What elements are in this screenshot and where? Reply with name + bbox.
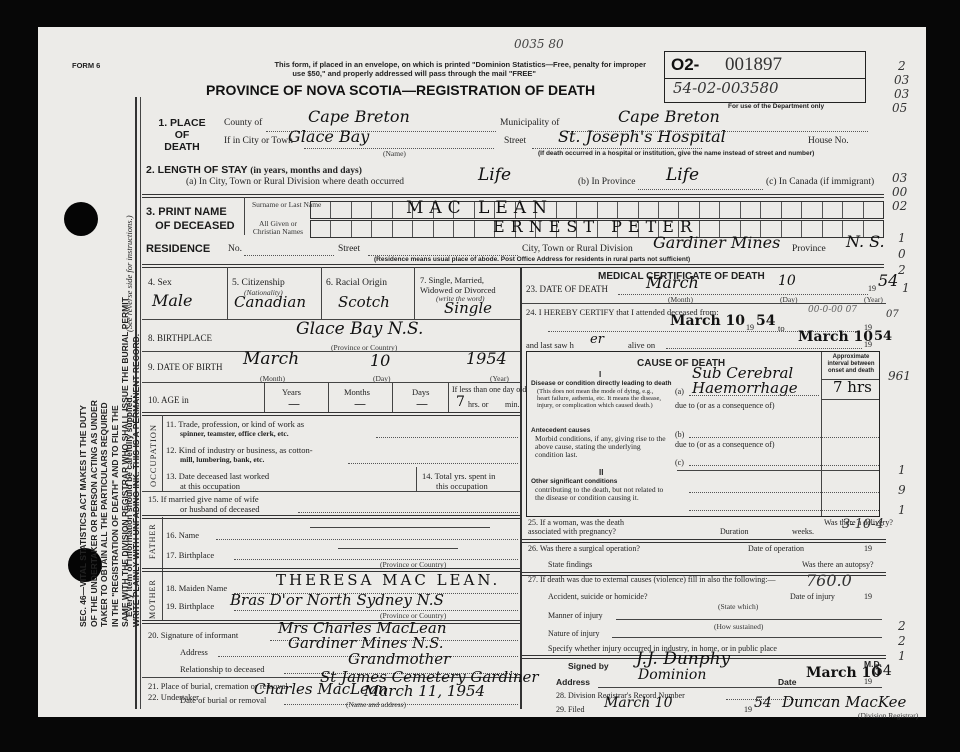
dept-code: 54-02-003580 <box>673 79 779 97</box>
other-conditions-note: contributing to the death, but not relat… <box>535 486 671 502</box>
cause-c-label: (c) <box>675 458 684 467</box>
street-label: Street <box>504 136 526 146</box>
dob-label: 9. DATE OF BIRTH <box>148 362 222 372</box>
marital-value: Single <box>444 299 492 317</box>
state-findings-label: State findings <box>548 560 592 569</box>
mother-section-label: MOTHER <box>148 579 157 619</box>
mailing-notice-2: use $50," and properly addressed will pa… <box>206 69 536 78</box>
how-sustained-caption: (How sustained) <box>714 622 763 631</box>
registrar-signature: Duncan MacKee <box>782 693 906 711</box>
sex-label: 4. Sex <box>148 278 172 288</box>
cause-a-label: (a) <box>675 387 684 396</box>
q29-label: 29. Filed <box>556 705 584 714</box>
length-of-stay-label: 2. LENGTH OF STAY (in years, months and … <box>146 164 362 176</box>
reverse-note: (See reverse side for instructions.) <box>124 215 134 332</box>
stay-city-label: (a) In City, Town or Rural Division wher… <box>186 177 404 187</box>
residence-label: RESIDENCE <box>146 243 210 255</box>
q15-sub: or husband of deceased <box>180 504 260 514</box>
cause-a-value: Sub Cerebral Haemorrhage <box>692 366 822 396</box>
column-divider <box>520 267 522 709</box>
sex-value: Male <box>152 291 193 310</box>
death-registration-form: FORM 6 0035 80 This form, if placed in a… <box>38 27 926 717</box>
dod-month: March <box>646 273 699 292</box>
dod-day: 10 <box>778 273 796 289</box>
coding-note: 00-0-00 07 <box>808 305 857 315</box>
q26-label: 26. Was there a surgical operation? <box>528 544 640 553</box>
signature-date-label: Date <box>778 677 796 687</box>
alive-on-year-prefix: 19 <box>864 340 872 349</box>
last-saw-pronoun: er <box>590 332 604 347</box>
last-saw-label: and last saw h <box>526 340 574 350</box>
stay-canada-label: (c) In Canada (if immigrant) <box>766 177 874 187</box>
q13-sub: at this occupation <box>180 481 240 491</box>
date-injury-year-prefix: 19 <box>864 592 872 601</box>
mother-maiden-value: THERESA MAC LEAN. <box>276 571 500 589</box>
house-label: House No. <box>808 136 849 146</box>
signed-by-label: Signed by <box>568 661 609 671</box>
other-conditions-label: Other significant conditions <box>531 478 617 485</box>
occupation-section-label: OCCUPATION <box>148 424 158 487</box>
registration-number: 001897 <box>725 54 782 76</box>
interval-header: Approximate interval between onset and d… <box>823 354 879 375</box>
stay-province-label: (b) In Province <box>578 177 636 187</box>
residence-no-label: No. <box>228 244 242 254</box>
mother-birthplace-value: Bras D'or North Sydney N.S <box>230 591 444 609</box>
residence-province-label: Province <box>792 244 826 254</box>
direct-cause-label: Disease or condition directly leading to… <box>531 380 672 387</box>
signature-year-prefix: 19 <box>864 677 872 686</box>
hours-label: hrs. or <box>468 400 488 409</box>
age-months-label: Months <box>344 387 370 397</box>
signature-year: 54 <box>874 663 892 679</box>
place-of-death-label: 1. PLACEOFDEATH <box>146 117 218 153</box>
undertaker-label: 22. Undertaker <box>148 692 199 702</box>
antecedent-note: Morbid conditions, if any, giving rise t… <box>535 435 669 459</box>
signature-address-label: Address <box>556 677 590 687</box>
due-to-label-1: due to (or as a consequence of) <box>675 401 775 410</box>
q25-weeks-label: weeks. <box>792 527 814 536</box>
dod-label: 23. DATE OF DEATH <box>526 284 608 294</box>
age-days-label: Days <box>412 387 429 397</box>
dod-year: 54 <box>878 271 898 290</box>
dept-caption: For use of the Department only <box>728 103 824 110</box>
q26-year-prefix: 19 <box>864 544 872 553</box>
residence-note: (Residence means usual place of abode. P… <box>374 256 690 263</box>
street-value: St. Joseph's Hospital <box>558 127 726 146</box>
print-name-label: 3. PRINT NAME OF DECEASED <box>146 205 235 233</box>
relationship-value: Grandmother <box>348 650 450 668</box>
q26-date-label: Date of operation <box>748 544 804 553</box>
city-label: If in City or Town <box>224 136 293 146</box>
q25-duration-label: Duration <box>720 527 748 536</box>
cause-of-death-box: CAUSE OF DEATH Approximate interval betw… <box>526 351 880 517</box>
racial-origin-value: Scotch <box>338 293 390 311</box>
date-of-injury-label: Date of injury <box>790 592 835 601</box>
q11-label: 11. Trade, profession, or kind of work a… <box>166 419 304 429</box>
physician-signature: J.J. Dunphy <box>636 649 730 669</box>
alive-on-value: March 10 <box>798 329 873 345</box>
birthplace-label: 8. BIRTHPLACE <box>148 333 212 343</box>
q12-label: 12. Kind of industry or business, as cot… <box>166 445 313 455</box>
mother-birthplace-label: 19. Birthplace <box>166 601 214 611</box>
county-value: Cape Breton <box>308 107 410 126</box>
q11-example: spinner, teamster, office clerk, etc. <box>180 429 289 438</box>
cause-b-label: (b) <box>675 430 684 439</box>
punch-hole-top <box>64 202 98 236</box>
city-value: Glace Bay <box>288 127 369 146</box>
department-box: O2- 001897 54-02-003580 <box>664 51 866 103</box>
residence-city-label: City, Town or Rural Division <box>522 244 633 254</box>
min-label: min. <box>505 400 519 409</box>
relationship-label: Relationship to deceased <box>180 664 265 674</box>
city-caption: (Name) <box>383 149 406 158</box>
surname-value: MAC LEAN <box>406 198 553 218</box>
nature-label: Nature of injury <box>548 629 600 638</box>
form-number: FORM 6 <box>72 61 100 70</box>
age-months-value: — <box>354 397 366 411</box>
residence-street-label: Street <box>338 244 360 254</box>
dob-day: 10 <box>370 351 390 370</box>
age-label: 10. AGE in <box>148 395 189 405</box>
mother-maiden-label: 18. Maiden Name <box>166 583 227 593</box>
father-name-label: 16. Name <box>166 530 199 540</box>
q15-label: 15. If married give name of wife <box>148 494 259 504</box>
filed-year-prefix: 19 <box>744 705 752 714</box>
surname-label: Surname or Last Name <box>252 201 304 209</box>
filed-year: 54 <box>754 695 772 711</box>
antecedent-label: Antecedent causes <box>531 427 590 434</box>
hospital-note: (If death occurred in a hospital or inst… <box>538 150 814 157</box>
instruction-text: Every item of information should be care… <box>124 395 134 617</box>
marital-label: 7. Single, Married, Widowed or Divorced <box>420 275 516 295</box>
stay-province-value: Life <box>666 165 699 185</box>
undertaker-value: Charles MacLean <box>254 680 388 698</box>
informant-address-label: Address <box>180 647 208 657</box>
age-years-value: — <box>288 397 300 411</box>
accident-label: Accident, suicide or homicide? <box>548 592 648 601</box>
informant-signature-label: 20. Signature of informant <box>148 630 238 640</box>
age-years-label: Years <box>282 387 301 397</box>
alive-on-label: alive on <box>628 340 655 350</box>
q14-label: 14. Total yrs. spent in <box>422 471 495 481</box>
dob-month: March <box>243 349 299 369</box>
manner-label: Manner of injury <box>548 611 603 620</box>
attended-from-value: March 10 <box>670 313 745 329</box>
citizenship-value: Canadian <box>234 293 306 311</box>
dob-year: 1954 <box>466 349 507 368</box>
less-than-day-label: If less than one day old <box>452 385 526 394</box>
stamp-number: 0035 80 <box>514 37 564 51</box>
page-title: PROVINCE OF NOVA SCOTIA—REGISTRATION OF … <box>206 82 595 98</box>
q25-label: 25. If a woman, was the death associated… <box>528 518 654 536</box>
stay-city-value: Life <box>478 165 511 185</box>
age-days-value: — <box>416 397 428 411</box>
direct-cause-note: (This does not mean the mode of dying, e… <box>537 388 667 409</box>
cause-a-interval: 7 hrs <box>833 378 872 396</box>
q14-sub: this occupation <box>436 481 488 491</box>
residence-city-value: Gardiner Mines <box>653 233 780 252</box>
racial-origin-label: 6. Racial Origin <box>326 278 387 288</box>
registrar-caption: (Division Registrar) <box>858 711 918 720</box>
q13-label: 13. Date deceased last worked <box>166 471 269 481</box>
due-to-label-2: due to (or as a consequence of) <box>675 440 775 449</box>
birthplace-value: Glace Bay N.S. <box>296 319 423 339</box>
dod-year-prefix: 19 <box>868 284 876 293</box>
father-section-label: FATHER <box>148 523 157 559</box>
dept-prefix: O2- <box>671 55 699 75</box>
q12-example: mill, lumbering, bank, etc. <box>180 455 264 464</box>
municipality-label: Municipality of <box>500 118 559 128</box>
father-birthplace-label: 17. Birthplace <box>166 550 214 560</box>
municipality-value: Cape Breton <box>618 107 720 126</box>
q27-label: 27. If death was due to external causes … <box>528 575 775 584</box>
undertaker-caption: (Name and address) <box>346 700 406 709</box>
attended-from-year: 54 <box>756 313 775 329</box>
signature-address-value: Dominion <box>638 667 706 683</box>
part-one-label: I <box>599 370 601 379</box>
county-label: County of <box>224 118 262 128</box>
filed-date-value: March 10 <box>604 695 673 711</box>
state-which-caption: (State which) <box>718 602 758 611</box>
mailing-notice-1: This form, if placed in an envelope, on … <box>206 60 646 69</box>
alive-on-year: 54 <box>874 329 892 344</box>
citizenship-label: 5. Citizenship <box>232 278 285 288</box>
autopsy-label: Was there an autopsy? <box>802 560 874 569</box>
part-two-label: II <box>599 468 603 477</box>
age-hours-value: 7 <box>456 394 465 410</box>
given-label: All Given or Christian Names <box>248 220 308 236</box>
residence-province-value: N. S. <box>846 232 885 251</box>
